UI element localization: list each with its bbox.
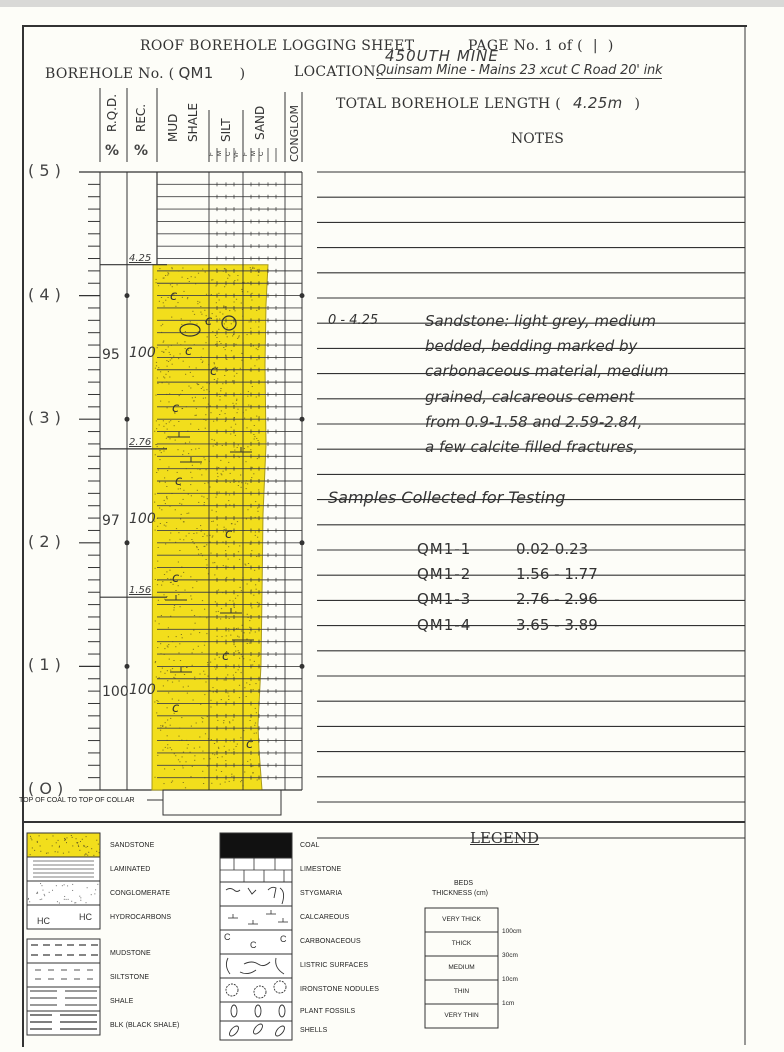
sand-speckle bbox=[228, 500, 229, 501]
sand-speckle bbox=[202, 721, 203, 722]
sand-speckle bbox=[158, 285, 159, 286]
sand-speckle bbox=[188, 453, 189, 454]
sand-speckle bbox=[241, 360, 242, 361]
sand-speckle bbox=[256, 310, 257, 311]
sand-speckle bbox=[231, 350, 232, 351]
legend-title: LEGEND bbox=[470, 829, 539, 847]
legend-speckle bbox=[56, 842, 57, 843]
sand-speckle bbox=[190, 484, 191, 485]
sand-speckle bbox=[238, 650, 239, 651]
sand-speckle bbox=[198, 502, 199, 503]
sand-speckle bbox=[168, 297, 169, 298]
sand-speckle bbox=[214, 754, 215, 755]
sand-speckle bbox=[237, 595, 238, 596]
sand-speckle bbox=[162, 324, 163, 325]
sand-speckle bbox=[183, 539, 184, 540]
sand-speckle bbox=[161, 351, 162, 352]
sand-speckle bbox=[183, 499, 184, 500]
sand-speckle bbox=[249, 643, 250, 644]
sand-speckle bbox=[179, 643, 180, 644]
sand-speckle bbox=[193, 376, 194, 377]
sand-speckle bbox=[167, 272, 168, 273]
sand-speckle bbox=[223, 307, 224, 308]
sand-speckle bbox=[154, 502, 155, 503]
sand-speckle bbox=[181, 576, 182, 577]
sand-speckle bbox=[250, 267, 251, 268]
sand-speckle bbox=[210, 662, 211, 663]
sand-speckle bbox=[251, 293, 252, 294]
sand-speckle bbox=[156, 700, 157, 701]
sand-speckle bbox=[217, 525, 218, 526]
legend-speckle bbox=[68, 899, 69, 900]
sand-speckle bbox=[190, 424, 191, 425]
sand-speckle bbox=[165, 374, 166, 375]
sand-speckle bbox=[199, 747, 200, 748]
sand-speckle bbox=[252, 267, 253, 268]
sand-speckle bbox=[239, 637, 240, 638]
legend-speckle bbox=[64, 884, 65, 885]
sand-speckle bbox=[231, 774, 232, 775]
sand-speckle bbox=[225, 413, 226, 414]
sand-speckle bbox=[194, 615, 195, 616]
sand-speckle bbox=[178, 532, 179, 533]
sand-speckle bbox=[239, 335, 240, 336]
sand-speckle bbox=[234, 450, 235, 451]
sand-speckle bbox=[232, 403, 233, 404]
sand-speckle bbox=[212, 687, 213, 688]
sand-speckle bbox=[194, 677, 195, 678]
sand-speckle bbox=[255, 535, 256, 536]
legend-label: CALCAREOUS bbox=[300, 914, 349, 921]
sand-speckle bbox=[200, 312, 201, 313]
legend-speckle bbox=[86, 854, 87, 855]
sand-speckle bbox=[157, 647, 158, 648]
sand-speckle bbox=[228, 462, 229, 463]
legend-speckle bbox=[79, 896, 80, 897]
sand-speckle bbox=[155, 579, 156, 580]
legend-speckle bbox=[55, 851, 56, 852]
sand-speckle bbox=[164, 377, 165, 378]
sand-speckle bbox=[159, 508, 160, 509]
sand-speckle bbox=[256, 397, 257, 398]
sand-speckle bbox=[222, 314, 223, 315]
sand-speckle bbox=[256, 556, 257, 557]
sand-speckle bbox=[237, 409, 238, 410]
sand-speckle bbox=[205, 420, 206, 421]
legend-speckle bbox=[39, 835, 40, 836]
sand-speckle bbox=[206, 617, 207, 618]
rec-value: 100 bbox=[129, 682, 156, 698]
legend-speckle bbox=[93, 855, 94, 856]
bed-label: MEDIUM bbox=[425, 964, 498, 971]
sand-speckle bbox=[199, 302, 200, 303]
sand-speckle bbox=[189, 442, 190, 443]
sand-speckle bbox=[197, 303, 198, 304]
legend-speckle bbox=[64, 840, 65, 841]
sand-speckle bbox=[158, 701, 159, 702]
sand-speckle bbox=[239, 667, 240, 668]
sand-speckle bbox=[201, 474, 202, 475]
sand-speckle bbox=[181, 514, 182, 515]
sand-speckle bbox=[247, 291, 248, 292]
sand-speckle bbox=[188, 744, 189, 745]
sand-speckle bbox=[196, 408, 197, 409]
legend-fine-swatch bbox=[27, 963, 100, 987]
sand-speckle bbox=[250, 449, 251, 450]
sand-speckle bbox=[249, 627, 250, 628]
sand-speckle bbox=[167, 366, 168, 367]
sand-speckle bbox=[163, 426, 164, 427]
sand-speckle bbox=[258, 489, 259, 490]
legend-label: CONGLOMERATE bbox=[110, 890, 170, 897]
bed-limit-label: 30cm bbox=[502, 952, 518, 959]
sand-speckle bbox=[172, 286, 173, 287]
sand-speckle bbox=[217, 636, 218, 637]
sand-speckle bbox=[159, 482, 160, 483]
legend-label: CARBONACEOUS bbox=[300, 938, 361, 945]
sand-speckle bbox=[247, 614, 248, 615]
legend-speckle bbox=[31, 838, 32, 839]
sand-speckle bbox=[161, 297, 162, 298]
sand-speckle bbox=[211, 783, 212, 784]
sand-speckle bbox=[165, 503, 166, 504]
sand-speckle bbox=[253, 689, 254, 690]
sand-speckle bbox=[160, 671, 161, 672]
sand-speckle bbox=[157, 446, 158, 447]
legend-speckle bbox=[56, 885, 57, 886]
sand-speckle bbox=[166, 423, 167, 424]
sand-speckle bbox=[207, 662, 208, 663]
sand-speckle bbox=[204, 609, 205, 610]
sand-speckle bbox=[163, 783, 164, 784]
sand-speckle bbox=[192, 665, 193, 666]
sand-speckle bbox=[198, 646, 199, 647]
sand-speckle bbox=[178, 759, 179, 760]
sand-speckle bbox=[213, 421, 214, 422]
sand-speckle bbox=[169, 422, 170, 423]
sand-speckle bbox=[248, 405, 249, 406]
rqd-value: 100 bbox=[102, 684, 129, 700]
sample-id: QM1-1 bbox=[417, 540, 471, 558]
sand-speckle bbox=[172, 699, 173, 700]
sand-speckle bbox=[212, 535, 213, 536]
sand-speckle bbox=[202, 771, 203, 772]
sand-speckle bbox=[199, 469, 200, 470]
sand-speckle bbox=[170, 360, 171, 361]
legend-label: SANDSTONE bbox=[110, 842, 154, 849]
legend-speckle bbox=[30, 854, 31, 855]
depth-dot bbox=[125, 664, 130, 669]
legend-speckle bbox=[67, 885, 68, 886]
sand-speckle bbox=[253, 473, 254, 474]
sand-speckle bbox=[192, 766, 193, 767]
c-mark: C bbox=[250, 940, 257, 950]
sand-speckle bbox=[238, 669, 239, 670]
sand-speckle bbox=[201, 717, 202, 718]
sand-speckle bbox=[239, 685, 240, 686]
sand-speckle bbox=[250, 659, 251, 660]
sand-speckle bbox=[241, 631, 242, 632]
legend-speckle bbox=[52, 845, 53, 846]
sand-speckle bbox=[256, 733, 257, 734]
sand-speckle bbox=[233, 644, 234, 645]
description-line: carbonaceous material, medium bbox=[425, 362, 669, 380]
sand-speckle bbox=[154, 777, 155, 778]
sand-speckle bbox=[175, 674, 176, 675]
sand-speckle bbox=[178, 421, 179, 422]
sand-speckle bbox=[202, 387, 203, 388]
sand-speckle bbox=[256, 348, 257, 349]
sand-speckle bbox=[234, 376, 235, 377]
legend-speckle bbox=[30, 836, 31, 837]
legend-speckle bbox=[86, 902, 87, 903]
sand-speckle bbox=[239, 658, 240, 659]
sand-speckle bbox=[156, 365, 157, 366]
sand-speckle bbox=[168, 627, 169, 628]
legend-speckle bbox=[31, 839, 32, 840]
sand-speckle bbox=[256, 438, 257, 439]
sand-speckle bbox=[168, 361, 169, 362]
sand-speckle bbox=[214, 743, 215, 744]
sand-speckle bbox=[172, 268, 173, 269]
depth-dot bbox=[125, 293, 130, 298]
sand-speckle bbox=[160, 523, 161, 524]
sand-speckle bbox=[175, 509, 176, 510]
sand-speckle bbox=[234, 607, 235, 608]
legend-speckle bbox=[58, 840, 59, 841]
sand-speckle bbox=[157, 383, 158, 384]
sand-speckle bbox=[218, 747, 219, 748]
sand-speckle bbox=[165, 349, 166, 350]
sand-speckle bbox=[249, 620, 250, 621]
sand-speckle bbox=[161, 615, 162, 616]
sand-speckle bbox=[182, 637, 183, 638]
sand-speckle bbox=[195, 397, 196, 398]
sand-speckle bbox=[163, 420, 164, 421]
sand-speckle bbox=[239, 697, 240, 698]
sand-speckle bbox=[205, 414, 206, 415]
sand-speckle bbox=[254, 268, 255, 269]
legend-speckle bbox=[86, 847, 87, 848]
sand-speckle bbox=[169, 539, 170, 540]
sand-speckle bbox=[165, 526, 166, 527]
sand-speckle bbox=[194, 755, 195, 756]
sand-speckle bbox=[168, 371, 169, 372]
legend-label: LISTRIC SURFACES bbox=[300, 962, 368, 969]
sandstone-fill bbox=[152, 265, 268, 790]
sand-speckle bbox=[220, 312, 221, 313]
sand-speckle bbox=[201, 314, 202, 315]
legend-speckle bbox=[46, 839, 47, 840]
sand-speckle bbox=[202, 269, 203, 270]
sand-speckle bbox=[212, 562, 213, 563]
sand-speckle bbox=[228, 630, 229, 631]
bed-label: THICK bbox=[425, 940, 498, 947]
sand-speckle bbox=[199, 632, 200, 633]
sand-speckle bbox=[217, 378, 218, 379]
sand-speckle bbox=[185, 331, 186, 332]
sand-speckle bbox=[237, 412, 238, 413]
sand-speckle bbox=[228, 696, 229, 697]
sand-speckle bbox=[250, 328, 251, 329]
sand-speckle bbox=[164, 477, 165, 478]
legend-speckle bbox=[100, 894, 101, 895]
sand-speckle bbox=[210, 553, 211, 554]
sand-speckle bbox=[158, 600, 159, 601]
sand-speckle bbox=[200, 704, 201, 705]
sand-speckle bbox=[155, 661, 156, 662]
sand-speckle bbox=[223, 720, 224, 721]
sand-speckle bbox=[238, 482, 239, 483]
sand-speckle bbox=[258, 440, 259, 441]
sand-speckle bbox=[198, 429, 199, 430]
sand-speckle bbox=[220, 618, 221, 619]
legend-speckle bbox=[87, 846, 88, 847]
sand-speckle bbox=[185, 761, 186, 762]
sand-speckle bbox=[170, 354, 171, 355]
sand-speckle bbox=[220, 784, 221, 785]
sand-speckle bbox=[250, 759, 251, 760]
sand-speckle bbox=[254, 436, 255, 437]
sand-speckle bbox=[212, 331, 213, 332]
sand-speckle bbox=[156, 279, 157, 280]
legend-speckle bbox=[86, 836, 87, 837]
sand-speckle bbox=[178, 358, 179, 359]
sand-speckle bbox=[168, 692, 169, 693]
sand-speckle bbox=[215, 335, 216, 336]
samples-heading: Samples Collected for Testing bbox=[328, 488, 565, 507]
sand-speckle bbox=[214, 440, 215, 441]
sand-speckle bbox=[179, 503, 180, 504]
sand-speckle bbox=[218, 748, 219, 749]
sand-speckle bbox=[191, 539, 192, 540]
depth-dot bbox=[300, 417, 305, 422]
sand-speckle bbox=[211, 294, 212, 295]
legend-speckle bbox=[57, 901, 58, 902]
sand-speckle bbox=[235, 424, 236, 425]
sand-speckle bbox=[206, 544, 207, 545]
sand-speckle bbox=[207, 498, 208, 499]
sand-speckle bbox=[256, 359, 257, 360]
sand-speckle bbox=[206, 389, 207, 390]
sand-speckle bbox=[164, 648, 165, 649]
sand-speckle bbox=[170, 284, 171, 285]
sand-speckle bbox=[237, 636, 238, 637]
sand-speckle bbox=[165, 727, 166, 728]
sand-speckle bbox=[193, 700, 194, 701]
sand-speckle bbox=[221, 699, 222, 700]
sand-speckle bbox=[199, 674, 200, 675]
sand-speckle bbox=[241, 289, 242, 290]
sand-speckle bbox=[167, 735, 168, 736]
sand-speckle bbox=[182, 390, 183, 391]
sand-speckle bbox=[169, 438, 170, 439]
sand-speckle bbox=[174, 769, 175, 770]
legend-speckle bbox=[37, 892, 38, 893]
sand-speckle bbox=[252, 772, 253, 773]
sand-speckle bbox=[245, 483, 246, 484]
sand-speckle bbox=[173, 677, 174, 678]
sand-speckle bbox=[254, 365, 255, 366]
sand-speckle bbox=[194, 314, 195, 315]
sand-speckle bbox=[202, 536, 203, 537]
legend-speckle bbox=[40, 883, 41, 884]
sand-speckle bbox=[196, 415, 197, 416]
description-line: a few calcite filled fractures, bbox=[425, 438, 638, 456]
sand-speckle bbox=[198, 549, 199, 550]
bed-label: THIN bbox=[425, 988, 498, 995]
sand-speckle bbox=[183, 782, 184, 783]
sand-speckle bbox=[209, 535, 210, 536]
sand-speckle bbox=[170, 670, 171, 671]
legend-speckle bbox=[91, 894, 92, 895]
sand-speckle bbox=[160, 730, 161, 731]
legend-label: COAL bbox=[300, 842, 319, 849]
sand-speckle bbox=[171, 749, 172, 750]
sand-speckle bbox=[194, 748, 195, 749]
sand-speckle bbox=[198, 554, 199, 555]
sand-speckle bbox=[159, 424, 160, 425]
sand-speckle bbox=[243, 282, 244, 283]
legend-speckle bbox=[59, 903, 60, 904]
bed-limit-label: 1cm bbox=[502, 1000, 514, 1007]
sand-speckle bbox=[219, 396, 220, 397]
sand-speckle bbox=[181, 318, 182, 319]
sand-speckle bbox=[221, 636, 222, 637]
sand-speckle bbox=[204, 483, 205, 484]
beds-heading: THICKNESS (cm) bbox=[432, 890, 488, 897]
sand-speckle bbox=[187, 297, 188, 298]
sand-speckle bbox=[257, 537, 258, 538]
sand-speckle bbox=[224, 395, 225, 396]
sand-speckle bbox=[171, 358, 172, 359]
legend-speckle bbox=[72, 884, 73, 885]
sand-speckle bbox=[187, 298, 188, 299]
sand-speckle bbox=[249, 684, 250, 685]
sand-speckle bbox=[219, 341, 220, 342]
sand-speckle bbox=[247, 446, 248, 447]
sand-speckle bbox=[238, 665, 239, 666]
sand-speckle bbox=[178, 562, 179, 563]
sand-speckle bbox=[181, 504, 182, 505]
sand-speckle bbox=[232, 720, 233, 721]
sand-speckle bbox=[176, 528, 177, 529]
sand-speckle bbox=[196, 723, 197, 724]
sand-speckle bbox=[188, 386, 189, 387]
sand-speckle bbox=[159, 268, 160, 269]
legend-speckle bbox=[40, 851, 41, 852]
sand-speckle bbox=[231, 323, 232, 324]
sample-range: 0.02-0.23 bbox=[516, 540, 588, 558]
sand-speckle bbox=[164, 306, 165, 307]
sand-speckle bbox=[170, 718, 171, 719]
sand-speckle bbox=[172, 781, 173, 782]
sand-speckle bbox=[183, 451, 184, 452]
sand-speckle bbox=[221, 410, 222, 411]
collar-box bbox=[163, 790, 281, 815]
legend-speckle bbox=[72, 837, 73, 838]
sand-speckle bbox=[179, 681, 180, 682]
legend-speckle bbox=[80, 900, 81, 901]
sand-speckle bbox=[222, 383, 223, 384]
legend-speckle bbox=[41, 899, 42, 900]
sand-speckle bbox=[247, 509, 248, 510]
legend-speckle bbox=[44, 895, 45, 896]
sand-speckle bbox=[217, 757, 218, 758]
sand-speckle bbox=[160, 725, 161, 726]
sand-speckle bbox=[176, 636, 177, 637]
legend-label: LAMINATED bbox=[110, 866, 150, 873]
